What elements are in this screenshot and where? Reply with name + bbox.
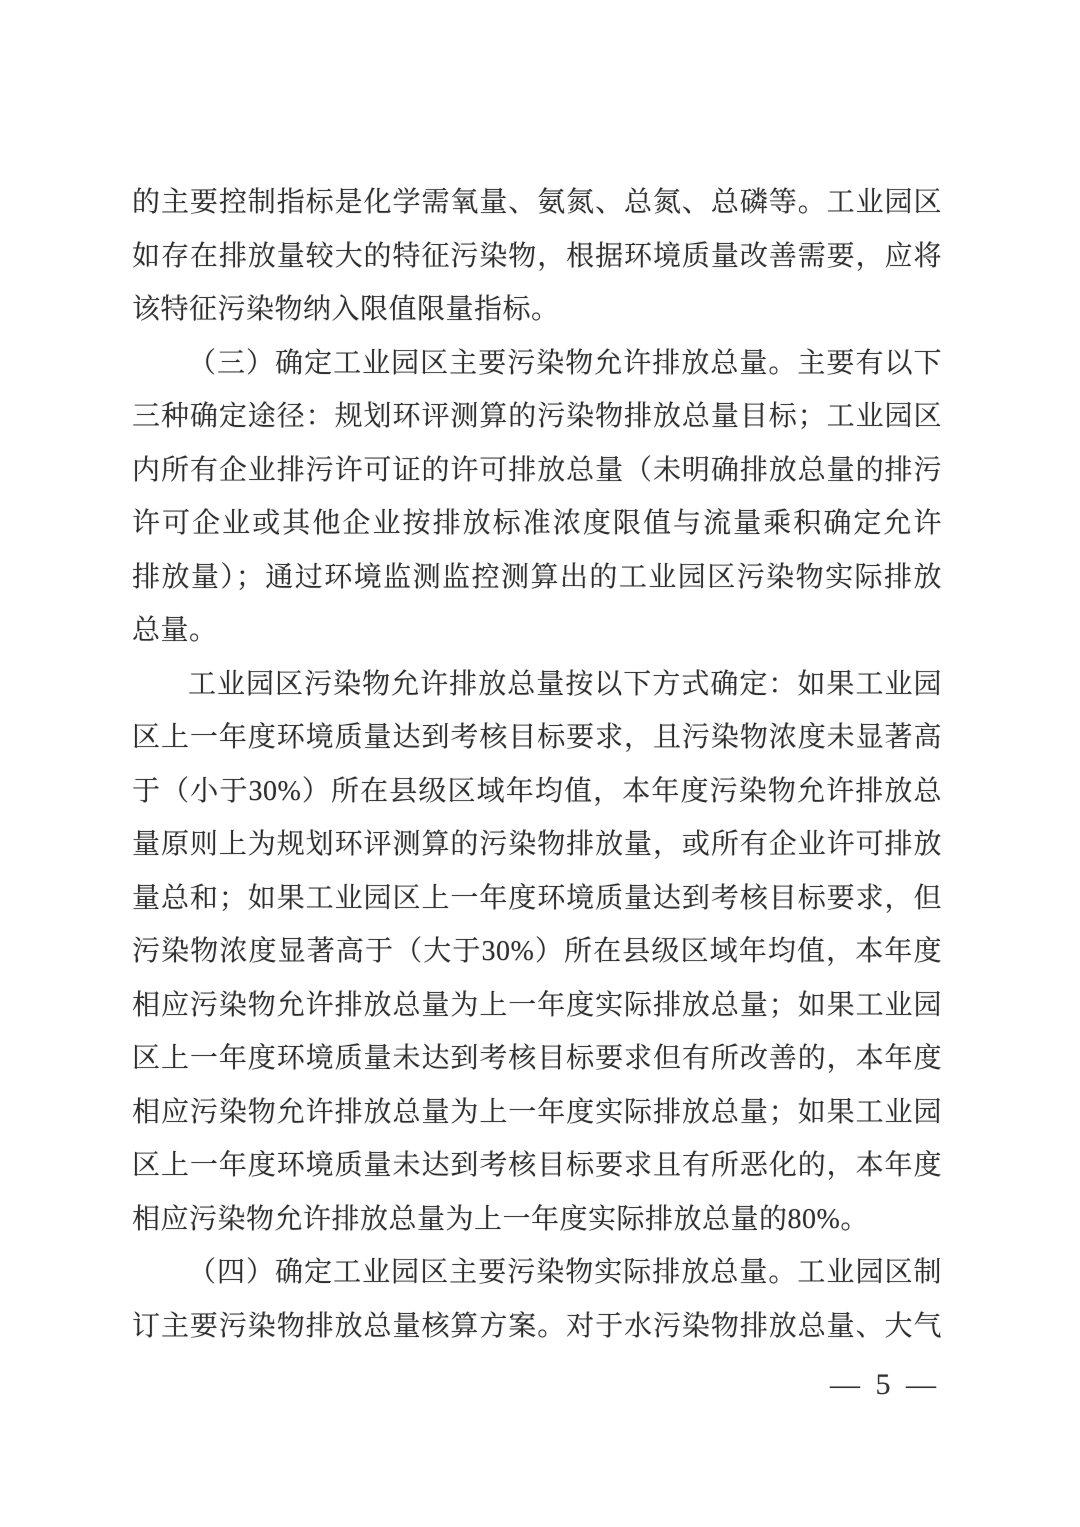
text-line: 区上一年度环境质量未达到考核目标要求但有所改善的，本年度 — [132, 1032, 942, 1086]
text-line: 订主要污染物排放总量核算方案。对于水污染物排放总量、大气 — [132, 1300, 942, 1354]
text-line: 量总和；如果工业园区上一年度环境质量达到考核目标要求，但 — [132, 872, 942, 926]
text-line: 相应污染物允许排放总量为上一年度实际排放总量的80%。 — [132, 1193, 942, 1247]
text-line: 三种确定途径：规划环评测算的污染物排放总量目标；工业园区 — [132, 390, 942, 444]
text-line: 区上一年度环境质量达到考核目标要求，且污染物浓度未显著高 — [132, 711, 942, 765]
text-line-paragraph-start: （四）确定工业园区主要污染物实际排放总量。工业园区制 — [132, 1246, 942, 1300]
text-line: 相应污染物允许排放总量为上一年度实际排放总量；如果工业园 — [132, 979, 942, 1033]
text-line: 的主要控制指标是化学需氧量、氨氮、总氮、总磷等。工业园区 — [132, 176, 942, 230]
text-line: 排放量）；通过环境监测监控测算出的工业园区污染物实际排放 — [132, 551, 942, 605]
text-line: 于（小于30%）所在县级区域年均值，本年度污染物允许排放总 — [132, 765, 942, 819]
page-number: — 5 — — [830, 1368, 940, 1402]
text-line-paragraph-start: 工业园区污染物允许排放总量按以下方式确定：如果工业园 — [132, 658, 942, 712]
text-line: 区上一年度环境质量未达到考核目标要求且有所恶化的，本年度 — [132, 1139, 942, 1193]
text-line-paragraph-start: （三）确定工业园区主要污染物允许排放总量。主要有以下 — [132, 337, 942, 391]
text-line: 总量。 — [132, 604, 942, 658]
text-line: 相应污染物允许排放总量为上一年度实际排放总量；如果工业园 — [132, 1086, 942, 1140]
text-line: 许可企业或其他企业按排放标准浓度限值与流量乘积确定允许 — [132, 497, 942, 551]
text-line: 内所有企业排污许可证的许可排放总量（未明确排放总量的排污 — [132, 444, 942, 498]
text-line: 如存在排放量较大的特征污染物，根据环境质量改善需要，应将 — [132, 230, 942, 284]
text-line: 污染物浓度显著高于（大于30%）所在县级区域年均值，本年度 — [132, 925, 942, 979]
text-line: 该特征污染物纳入限值限量指标。 — [132, 283, 942, 337]
document-page: 的主要控制指标是化学需氧量、氨氮、总氮、总磷等。工业园区 如存在排放量较大的特征… — [0, 0, 1080, 1527]
text-line: 量原则上为规划环评测算的污染物排放量，或所有企业许可排放 — [132, 818, 942, 872]
document-body: 的主要控制指标是化学需氧量、氨氮、总氮、总磷等。工业园区 如存在排放量较大的特征… — [132, 176, 942, 1353]
